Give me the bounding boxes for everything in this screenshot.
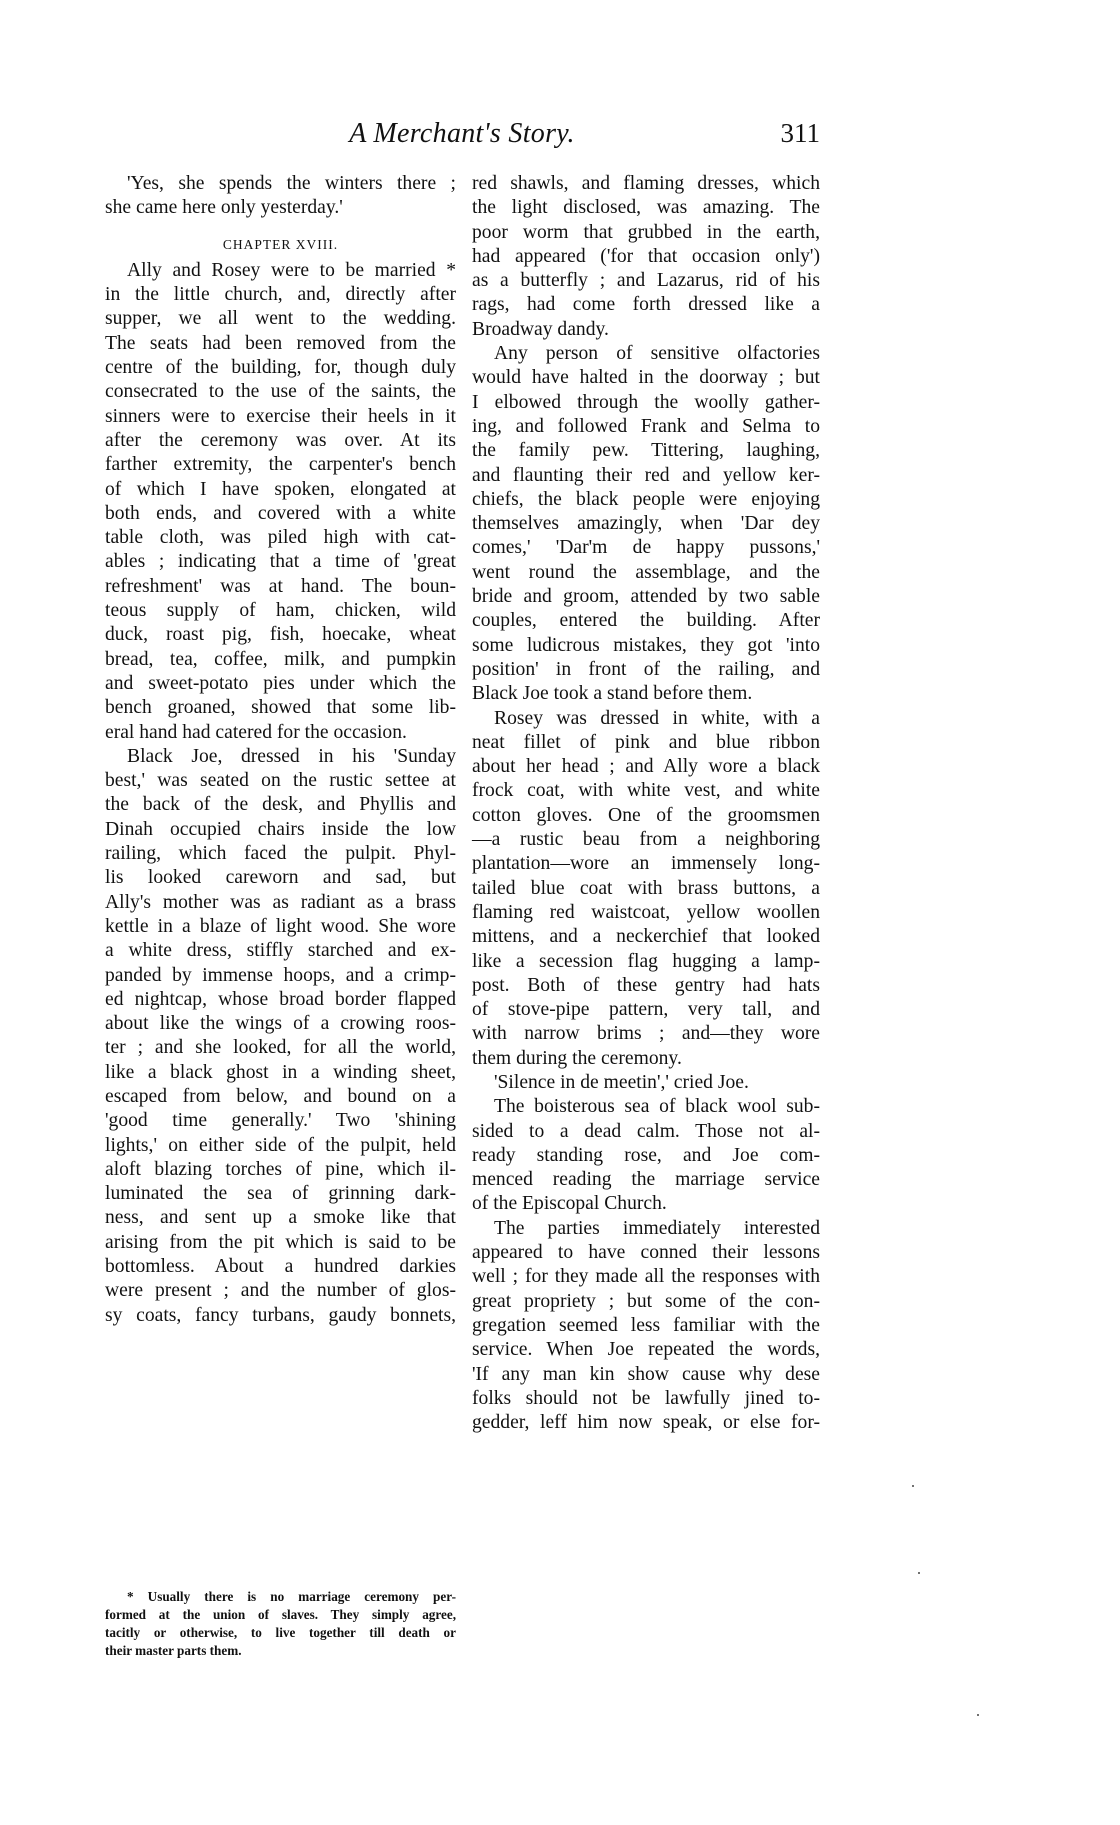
text-line: and sweet-potato pies under which the (105, 672, 456, 696)
paragraph-continuation: 'Yes, she spends the winters there ; she… (105, 172, 456, 221)
text-line: duck, roast pig, fish, hoecake, wheat (105, 623, 456, 647)
text-line: a white dress, stiffly starched and ex- (105, 939, 456, 963)
text-line: frock coat, with white vest, and white (472, 779, 820, 803)
text-line: great propriety ; but some of the con- (472, 1290, 820, 1314)
text-line: after the ceremony was over. At its (105, 429, 456, 453)
text-line: 'If any man kin show cause why dese (472, 1363, 820, 1387)
text-line: railing, which faced the pulpit. Phyl- (105, 842, 456, 866)
text-line: were present ; and the number of glos- (105, 1279, 456, 1303)
text-line: post. Both of these gentry had hats (472, 974, 820, 998)
text-line: plantation—wore an immensely long- (472, 852, 820, 876)
text-line: table cloth, was piled high with cat- (105, 526, 456, 550)
text-line: them during the ceremony. (472, 1047, 820, 1071)
text-line: The boisterous sea of black wool sub- (472, 1095, 820, 1119)
text-line: folks should not be lawfully jined to- (472, 1387, 820, 1411)
page-number: 311 (781, 118, 821, 149)
text-line: couples, entered the building. After (472, 609, 820, 633)
right-column: red shawls, and flaming dresses, which t… (472, 172, 820, 1435)
text-line: of stove-pipe pattern, very tall, and (472, 998, 820, 1022)
text-line: the family pew. Tittering, laughing, (472, 439, 820, 463)
text-line: teous supply of ham, chicken, wild (105, 599, 456, 623)
text-line: of the Episcopal Church. (472, 1192, 820, 1216)
text-line: position' in front of the railing, and (472, 658, 820, 682)
text-line: menced reading the marriage service (472, 1168, 820, 1192)
text-line: arising from the pit which is said to be (105, 1231, 456, 1255)
chapter-heading: CHAPTER XVIII. (105, 233, 456, 257)
text-line: Broadway dandy. (472, 318, 820, 342)
text-line: mittens, and a neckerchief that looked (472, 925, 820, 949)
text-line: Black Joe, dressed in his 'Sunday (105, 745, 456, 769)
text-line: Ally and Rosey were to be married * (105, 259, 456, 283)
text-line: 'good time generally.' Two 'shining (105, 1109, 456, 1133)
text-line: about like the wings of a crowing roos- (105, 1012, 456, 1036)
text-line: like a black ghost in a winding sheet, (105, 1061, 456, 1085)
text-line: neat fillet of pink and blue ribbon (472, 731, 820, 755)
text-line: appeared to have conned their lessons (472, 1241, 820, 1265)
text-line: went round the assemblage, and the (472, 561, 820, 585)
text-line: lis looked careworn and sad, but (105, 866, 456, 890)
text-line: —a rustic beau from a neighboring (472, 828, 820, 852)
paragraph: Ally and Rosey were to be married * in t… (105, 259, 456, 745)
text-line: sided to a dead calm. Those not al- (472, 1120, 820, 1144)
footnote-line: * Usually there is no marriage ceremony … (105, 1588, 456, 1606)
text-line: farther extremity, the carpenter's bench (105, 453, 456, 477)
text-line: with narrow brims ; and—they wore (472, 1022, 820, 1046)
scan-speck (918, 1572, 920, 1574)
footnote-line: tacitly or otherwise, to live together t… (105, 1624, 456, 1642)
text-line: bread, tea, coffee, milk, and pumpkin (105, 648, 456, 672)
footnote-line: formed at the union of slaves. They simp… (105, 1606, 456, 1624)
text-line: both ends, and covered with a white (105, 502, 456, 526)
scan-speck (977, 1714, 979, 1716)
book-page: A Merchant's Story. 311 'Yes, she spends… (0, 0, 1120, 1825)
text-line: cotton gloves. One of the groomsmen (472, 804, 820, 828)
paragraph-continuation: red shawls, and flaming dresses, which t… (472, 172, 820, 342)
text-line: Dinah occupied chairs inside the low (105, 818, 456, 842)
text-line: and flaunting their red and yellow ker- (472, 464, 820, 488)
text-line: the light disclosed, was amazing. The (472, 196, 820, 220)
text-line: like a secession flag hugging a lamp- (472, 950, 820, 974)
text-line: The seats had been removed from the (105, 332, 456, 356)
text-line: consecrated to the use of the saints, th… (105, 380, 456, 404)
text-line: in the little church, and, directly afte… (105, 283, 456, 307)
text-line: service. When Joe repeated the words, (472, 1338, 820, 1362)
text-line: bench groaned, showed that some lib- (105, 696, 456, 720)
footnote: * Usually there is no marriage ceremony … (105, 1588, 456, 1660)
text-line: refreshment' was at hand. The boun- (105, 575, 456, 599)
text-line: Rosey was dressed in white, with a (472, 707, 820, 731)
text-line: bottomless. About a hundred darkies (105, 1255, 456, 1279)
text-line: Any person of sensitive olfactories (472, 342, 820, 366)
text-line: Ally's mother was as radiant as a brass (105, 891, 456, 915)
text-line: lights,' on either side of the pulpit, h… (105, 1134, 456, 1158)
running-title: A Merchant's Story. (104, 118, 820, 150)
text-line: would have halted in the doorway ; but (472, 366, 820, 390)
text-line: comes,' 'Dar'm de happy pussons,' (472, 536, 820, 560)
text-line: I elbowed through the woolly gather- (472, 391, 820, 415)
text-line: best,' was seated on the rustic settee a… (105, 769, 456, 793)
text-line: ter ; and she looked, for all the world, (105, 1036, 456, 1060)
text-line: bride and groom, attended by two sable (472, 585, 820, 609)
text-line: supper, we all went to the wedding. (105, 307, 456, 331)
text-line: chiefs, the black people were enjoying (472, 488, 820, 512)
text-line: ing, and followed Frank and Selma to (472, 415, 820, 439)
text-line: 'Yes, she spends the winters there ; (105, 172, 456, 196)
text-line: escaped from below, and bound on a (105, 1085, 456, 1109)
running-head: A Merchant's Story. 311 (104, 118, 820, 154)
scan-speck (912, 1485, 914, 1487)
text-line: sy coats, fancy turbans, gaudy bonnets, (105, 1304, 456, 1328)
text-line: themselves amazingly, when 'Dar dey (472, 512, 820, 536)
text-line: red shawls, and flaming dresses, which (472, 172, 820, 196)
text-line: the back of the desk, and Phyllis and (105, 793, 456, 817)
text-line: about her head ; and Ally wore a black (472, 755, 820, 779)
text-line: 'Silence in de meetin',' cried Joe. (472, 1071, 820, 1095)
text-line: rags, had come forth dressed like a (472, 293, 820, 317)
text-line: of which I have spoken, elongated at (105, 478, 456, 502)
paragraph: Black Joe, dressed in his 'Sunday best,'… (105, 745, 456, 1328)
text-line: poor worm that grubbed in the earth, (472, 221, 820, 245)
text-line: had appeared ('for that occasion only') (472, 245, 820, 269)
footnote-line: their master parts them. (105, 1642, 456, 1660)
text-line: panded by immense hoops, and a crimp- (105, 964, 456, 988)
text-line: she came here only yesterday.' (105, 196, 456, 220)
text-line: centre of the building, for, though duly (105, 356, 456, 380)
left-column: 'Yes, she spends the winters there ; she… (105, 172, 456, 1328)
text-line: ables ; indicating that a time of 'great (105, 550, 456, 574)
paragraph: Rosey was dressed in white, with a neat … (472, 707, 820, 1071)
text-line: sinners were to exercise their heels in … (105, 405, 456, 429)
text-line: aloft blazing torches of pine, which il- (105, 1158, 456, 1182)
text-line: gregation seemed less familiar with the (472, 1314, 820, 1338)
text-line: luminated the sea of grinning dark- (105, 1182, 456, 1206)
text-line: gedder, leff him now speak, or else for- (472, 1411, 820, 1435)
text-line: ed nightcap, whose broad border flapped (105, 988, 456, 1012)
paragraph: The boisterous sea of black wool sub- si… (472, 1095, 820, 1216)
text-line: eral hand had catered for the occasion. (105, 721, 456, 745)
text-line: kettle in a blaze of light wood. She wor… (105, 915, 456, 939)
text-line: flaming red waistcoat, yellow woollen (472, 901, 820, 925)
text-line: Black Joe took a stand before them. (472, 682, 820, 706)
text-line: tailed blue coat with brass buttons, a (472, 877, 820, 901)
paragraph: Any person of sensitive olfactories woul… (472, 342, 820, 706)
paragraph: The parties immediately interested appea… (472, 1217, 820, 1436)
text-line: as a butterfly ; and Lazarus, rid of his (472, 269, 820, 293)
text-line: ready standing rose, and Joe com- (472, 1144, 820, 1168)
text-line: ness, and sent up a smoke like that (105, 1206, 456, 1230)
text-line: some ludicrous mistakes, they got 'into (472, 634, 820, 658)
text-line: well ; for they made all the responses w… (472, 1265, 820, 1289)
text-line: The parties immediately interested (472, 1217, 820, 1241)
paragraph: 'Silence in de meetin',' cried Joe. (472, 1071, 820, 1095)
